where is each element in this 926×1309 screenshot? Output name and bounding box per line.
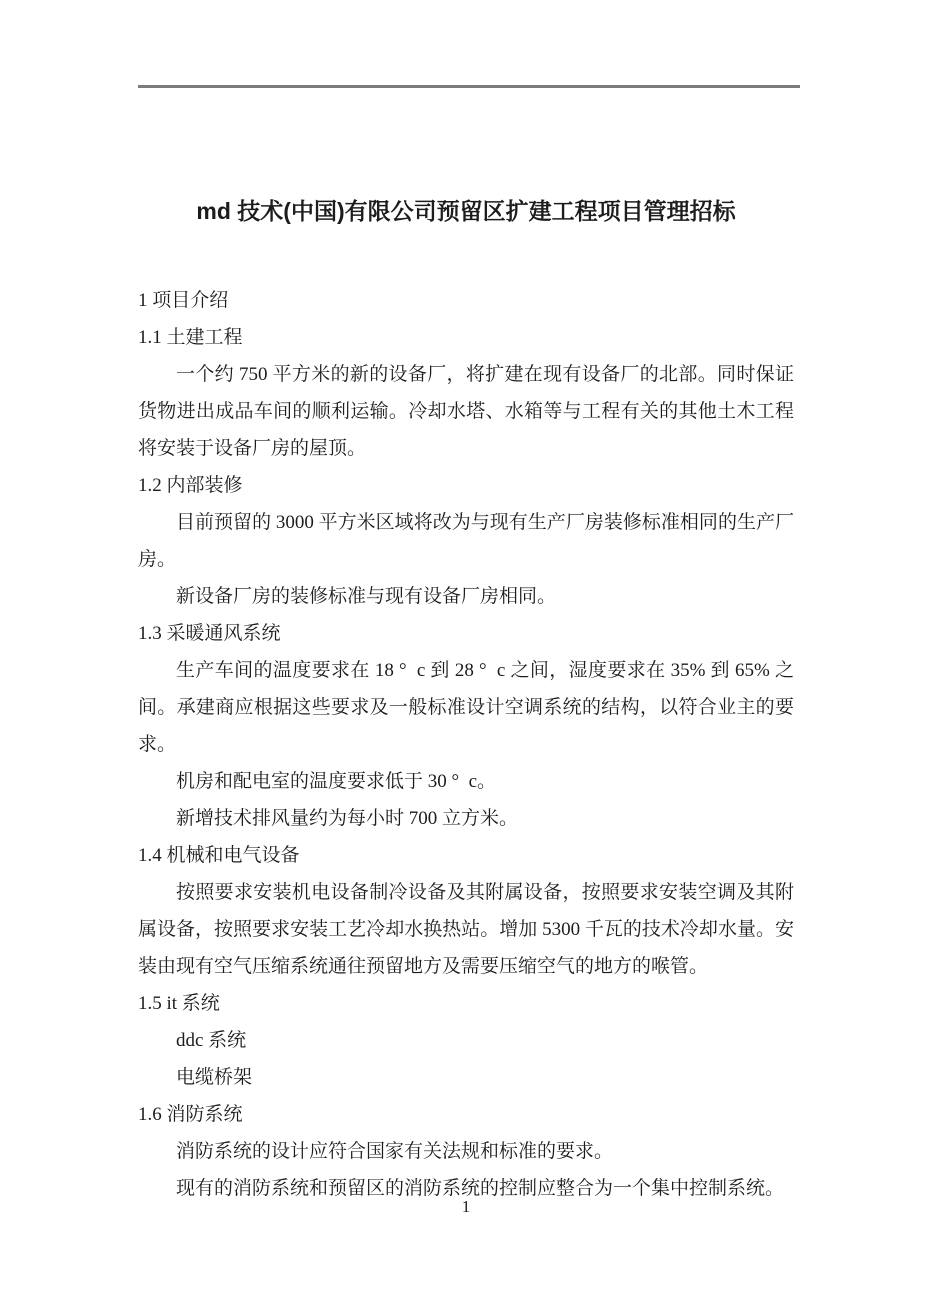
document-section: 1 项目介绍 — [138, 282, 794, 319]
paragraph: 新设备厂房的装修标准与现有设备厂房相同。 — [138, 578, 794, 615]
paragraph: 按照要求安装机电设备制冷设备及其附属设备，按照要求安装空调及其附属设备，按照要求… — [138, 874, 794, 985]
paragraph: 一个约 750 平方米的新的设备厂，将扩建在现有设备厂的北部。同时保证货物进出成… — [138, 356, 794, 467]
document-section: 1.4 机械和电气设备 按照要求安装机电设备制冷设备及其附属设备，按照要求安装空… — [138, 837, 794, 985]
paragraph: ddc 系统 — [138, 1022, 794, 1059]
section-paragraphs: ddc 系统电缆桥架 — [138, 1022, 794, 1096]
section-paragraphs: 一个约 750 平方米的新的设备厂，将扩建在现有设备厂的北部。同时保证货物进出成… — [138, 356, 794, 467]
paragraph: 电缆桥架 — [138, 1059, 794, 1096]
document-section: 1.6 消防系统 消防系统的设计应符合国家有关法规和标准的要求。现有的消防系统和… — [138, 1096, 794, 1207]
section-paragraphs: 目前预留的 3000 平方米区域将改为与现有生产厂房装修标准相同的生产厂房。新设… — [138, 504, 794, 615]
document-body: 1 项目介绍 1.1 土建工程 一个约 750 平方米的新的设备厂，将扩建在现有… — [138, 282, 794, 1207]
section-heading: 1.5 it 系统 — [138, 985, 794, 1022]
paragraph: 机房和配电室的温度要求低于 30 ° c。 — [138, 763, 794, 800]
section-heading: 1 项目介绍 — [138, 282, 794, 319]
page-number: 1 — [138, 1196, 794, 1218]
document-section: 1.1 土建工程 一个约 750 平方米的新的设备厂，将扩建在现有设备厂的北部。… — [138, 319, 794, 467]
document-section: 1.5 it 系统 ddc 系统电缆桥架 — [138, 985, 794, 1096]
header-rule — [138, 85, 800, 88]
section-heading: 1.6 消防系统 — [138, 1096, 794, 1133]
section-paragraphs: 按照要求安装机电设备制冷设备及其附属设备，按照要求安装空调及其附属设备，按照要求… — [138, 874, 794, 985]
section-heading: 1.4 机械和电气设备 — [138, 837, 794, 874]
section-heading: 1.3 采暖通风系统 — [138, 615, 794, 652]
document-section: 1.2 内部装修 目前预留的 3000 平方米区域将改为与现有生产厂房装修标准相… — [138, 467, 794, 615]
paragraph: 新增技术排风量约为每小时 700 立方米。 — [138, 800, 794, 837]
document-title: md 技术(中国)有限公司预留区扩建工程项目管理招标 — [138, 193, 794, 230]
section-paragraphs: 生产车间的温度要求在 18 ° c 到 28 ° c 之间，湿度要求在 35% … — [138, 652, 794, 837]
document-page: md 技术(中国)有限公司预留区扩建工程项目管理招标 1 项目介绍 1.1 土建… — [0, 0, 926, 1309]
paragraph: 目前预留的 3000 平方米区域将改为与现有生产厂房装修标准相同的生产厂房。 — [138, 504, 794, 578]
paragraph: 消防系统的设计应符合国家有关法规和标准的要求。 — [138, 1133, 794, 1170]
section-heading: 1.1 土建工程 — [138, 319, 794, 356]
document-section: 1.3 采暖通风系统 生产车间的温度要求在 18 ° c 到 28 ° c 之间… — [138, 615, 794, 837]
section-heading: 1.2 内部装修 — [138, 467, 794, 504]
paragraph: 生产车间的温度要求在 18 ° c 到 28 ° c 之间，湿度要求在 35% … — [138, 652, 794, 763]
